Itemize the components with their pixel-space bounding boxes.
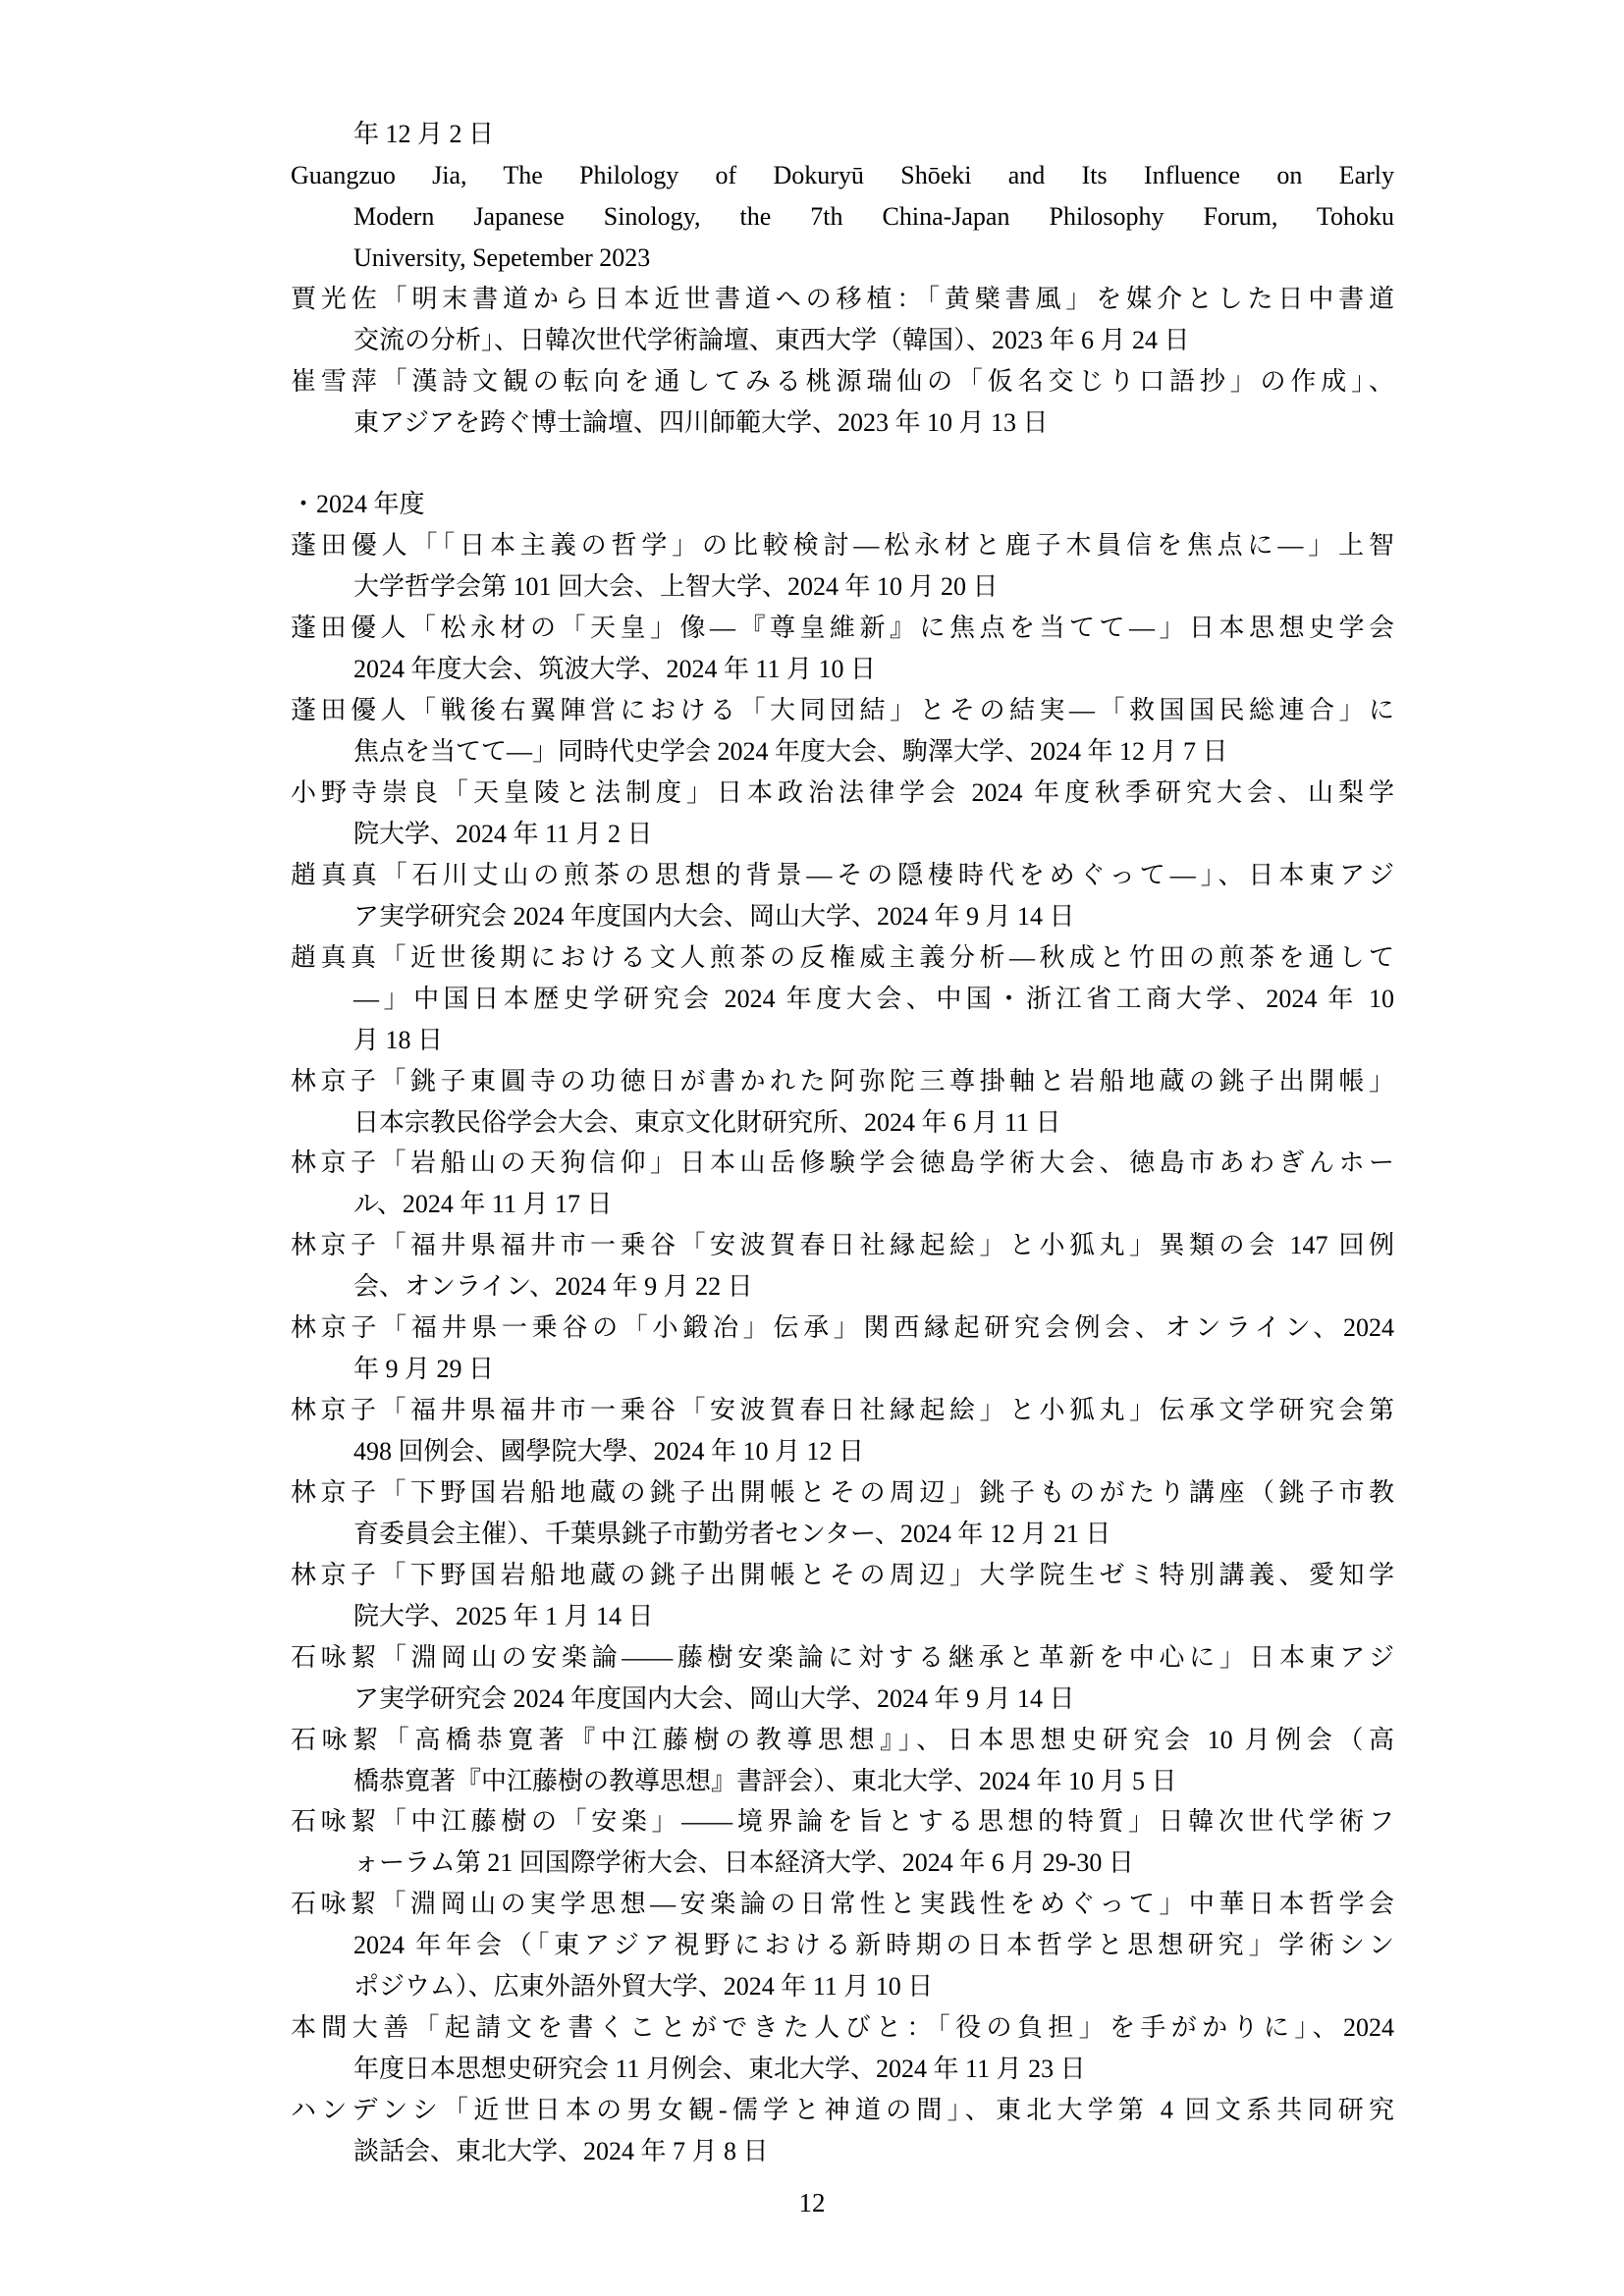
entry-line: 石咏絜「高橋恭寛著『中江藤樹の教導思想』」、日本思想史研究会 10 月例会（高 xyxy=(291,1720,1394,1761)
entry-line: 蓬田優人「松永材の「天皇」像―『尊皇維新』に焦点を当てて―」日本思想史学会 xyxy=(291,608,1394,649)
entry-line: ハンデンシ「近世日本の男女観-儒学と神道の間」、東北大学第 4 回文系共同研究 xyxy=(291,2090,1394,2131)
bibliography-entry: 林京子「銚子東圓寺の功徳日が書かれた阿弥陀三尊掛軸と岩船地蔵の銚子出開帳」 日本… xyxy=(291,1061,1394,1144)
entry-line: 談話会、東北大学、2024 年 7 月 8 日 xyxy=(291,2131,1394,2172)
bibliography-entry: 賈光佐「明末書道から日本近世書道への移植：「黄檗書風」を媒介とした日中書道 交流… xyxy=(291,279,1394,361)
entry-line: 2024 年度大会、筑波大学、2024 年 11 月 10 日 xyxy=(291,649,1394,690)
bibliography-entry: 林京子「下野国岩船地蔵の銚子出開帳とその周辺」銚子ものがたり講座（銚子市教 育委… xyxy=(291,1472,1394,1555)
entry-line: 小野寺崇良「天皇陵と法制度」日本政治法律学会 2024 年度秋季研究大会、山梨学 xyxy=(291,773,1394,814)
entry-line: 林京子「下野国岩船地蔵の銚子出開帳とその周辺」銚子ものがたり講座（銚子市教 xyxy=(291,1472,1394,1514)
entry-line: University, Sepetember 2023 xyxy=(291,238,1394,279)
entry-line: 蓬田優人「戦後右翼陣営における「大同団結」とその結実―「救国国民総連合」に xyxy=(291,690,1394,731)
entry-line: 会、オンライン、2024 年 9 月 22 日 xyxy=(291,1266,1394,1308)
entry-line: 年度日本思想史研究会 11 月例会、東北大学、2024 年 11 月 23 日 xyxy=(291,2049,1394,2090)
bibliography-entry: 蓬田優人「「日本主義の哲学」の比較検討―松永材と鹿子木員信を焦点に―」上智 大学… xyxy=(291,525,1394,608)
entry-line: 林京子「福井県一乗谷の「小鍛冶」伝承」関西縁起研究会例会、オンライン、2024 xyxy=(291,1308,1394,1349)
entry-line: ア実学研究会 2024 年度国内大会、岡山大学、2024 年 9 月 14 日 xyxy=(291,1679,1394,1720)
entry-line: ル、2024 年 11 月 17 日 xyxy=(291,1184,1394,1225)
entry-line: 崔雪萍「漢詩文観の転向を通してみる桃源瑞仙の「仮名交じり口語抄」の作成」、 xyxy=(291,361,1394,402)
entry-line: 焦点を当てて―」同時代史学会 2024 年度大会、駒澤大学、2024 年 12 … xyxy=(291,731,1394,773)
entry-line: 林京子「岩船山の天狗信仰」日本山岳修験学会徳島学術大会、徳島市あわぎんホー xyxy=(291,1143,1394,1184)
entry-line: 育委員会主催）、千葉県銚子市勤労者センター、2024 年 12 月 21 日 xyxy=(291,1514,1394,1555)
bibliography-entry: 林京子「福井県一乗谷の「小鍛冶」伝承」関西縁起研究会例会、オンライン、2024 … xyxy=(291,1308,1394,1390)
bibliography-entry: 趙真真「石川丈山の煎茶の思想的背景―その隠棲時代をめぐって―」、日本東アジ ア実… xyxy=(291,855,1394,937)
bibliography-entry: 石咏絜「淵岡山の実学思想―安楽論の日常性と実践性をめぐって」中華日本哲学会 20… xyxy=(291,1884,1394,2007)
entry-line: 林京子「福井県福井市一乗谷「安波賀春日社縁起絵」と小狐丸」伝承文学研究会第 xyxy=(291,1390,1394,1431)
entry-line: 月 18 日 xyxy=(291,1020,1394,1061)
entry-line: 蓬田優人「「日本主義の哲学」の比較検討―松永材と鹿子木員信を焦点に―」上智 xyxy=(291,525,1394,566)
bibliography-entry: 蓬田優人「戦後右翼陣営における「大同団結」とその結実―「救国国民総連合」に 焦点… xyxy=(291,690,1394,773)
bibliography-entry: Guangzuo Jia, The Philology of Dokuryū S… xyxy=(291,155,1394,279)
bibliography-entry: 蓬田優人「松永材の「天皇」像―『尊皇維新』に焦点を当てて―」日本思想史学会 20… xyxy=(291,608,1394,690)
entry-line: 趙真真「近世後期における文人煎茶の反権威主義分析―秋成と竹田の煎茶を通して xyxy=(291,937,1394,979)
page-number: 12 xyxy=(0,2185,1624,2220)
entry-line: 林京子「銚子東圓寺の功徳日が書かれた阿弥陀三尊掛軸と岩船地蔵の銚子出開帳」 xyxy=(291,1061,1394,1102)
entry-line: 年 9 月 29 日 xyxy=(291,1349,1394,1390)
document-body: 年 12 月 2 日 Guangzuo Jia, The Philology o… xyxy=(291,114,1394,2172)
entry-line: 2024 年年会（「東アジア視野における新時期の日本哲学と思想研究」学術シン xyxy=(291,1925,1394,1966)
entry-line: 林京子「下野国岩船地蔵の銚子出開帳とその周辺」大学院生ゼミ特別講義、愛知学 xyxy=(291,1555,1394,1596)
entry-line: 石咏絜「淵岡山の安楽論――藤樹安楽論に対する継承と革新を中心に」日本東アジ xyxy=(291,1637,1394,1679)
entry-line: 賈光佐「明末書道から日本近世書道への移植：「黄檗書風」を媒介とした日中書道 xyxy=(291,279,1394,320)
entry-line: 院大学、2025 年 1 月 14 日 xyxy=(291,1596,1394,1637)
bibliography-entry: ハンデンシ「近世日本の男女観-儒学と神道の間」、東北大学第 4 回文系共同研究 … xyxy=(291,2090,1394,2172)
entry-line: 本間大善「起請文を書くことができた人びと：「役の負担」を手がかりに」、2024 xyxy=(291,2007,1394,2049)
bibliography-entry: 石咏絜「中江藤樹の「安楽」――境界論を旨とする思想的特質」日韓次世代学術フ ォー… xyxy=(291,1801,1394,1884)
entry-line: 石咏絜「中江藤樹の「安楽」――境界論を旨とする思想的特質」日韓次世代学術フ xyxy=(291,1801,1394,1842)
entry-line: 日本宗教民俗学会大会、東京文化財研究所、2024 年 6 月 11 日 xyxy=(291,1102,1394,1144)
entry-line: 橋恭寛著『中江藤樹の教導思想』書評会）、東北大学、2024 年 10 月 5 日 xyxy=(291,1761,1394,1802)
entry-line: ―」中国日本歴史学研究会 2024 年度大会、中国・浙江省工商大学、2024 年… xyxy=(291,979,1394,1020)
bibliography-entry: 趙真真「近世後期における文人煎茶の反権威主義分析―秋成と竹田の煎茶を通して ―」… xyxy=(291,937,1394,1061)
entry-line: ォーラム第 21 回国際学術大会、日本経済大学、2024 年 6 月 29-30… xyxy=(291,1842,1394,1884)
bibliography-entry: 石咏絜「高橋恭寛著『中江藤樹の教導思想』」、日本思想史研究会 10 月例会（高 … xyxy=(291,1720,1394,1802)
bibliography-entry: 林京子「岩船山の天狗信仰」日本山岳修験学会徳島学術大会、徳島市あわぎんホー ル、… xyxy=(291,1143,1394,1225)
entry-line: ポジウム）、広東外語外貿大学、2024 年 11 月 10 日 xyxy=(291,1966,1394,2007)
entry-line: 大学哲学会第 101 回大会、上智大学、2024 年 10 月 20 日 xyxy=(291,566,1394,608)
bibliography-entry: 石咏絜「淵岡山の安楽論――藤樹安楽論に対する継承と革新を中心に」日本東アジ ア実… xyxy=(291,1637,1394,1720)
carryover-line: 年 12 月 2 日 xyxy=(291,114,1394,155)
entry-line: 林京子「福井県福井市一乗谷「安波賀春日社縁起絵」と小狐丸」異類の会 147 回例 xyxy=(291,1225,1394,1266)
section-heading-2024: ・2024 年度 xyxy=(291,484,1394,525)
entry-line: ア実学研究会 2024 年度国内大会、岡山大学、2024 年 9 月 14 日 xyxy=(291,896,1394,937)
bibliography-entry: 崔雪萍「漢詩文観の転向を通してみる桃源瑞仙の「仮名交じり口語抄」の作成」、 東ア… xyxy=(291,361,1394,444)
entry-line: Modern Japanese Sinology, the 7th China-… xyxy=(291,196,1394,238)
blank-line xyxy=(291,444,1394,485)
bibliography-entry: 林京子「福井県福井市一乗谷「安波賀春日社縁起絵」と小狐丸」伝承文学研究会第 49… xyxy=(291,1390,1394,1472)
bibliography-entry: 林京子「下野国岩船地蔵の銚子出開帳とその周辺」大学院生ゼミ特別講義、愛知学 院大… xyxy=(291,1555,1394,1637)
entry-line: 交流の分析」、日韓次世代学術論壇、東西大学（韓国）、2023 年 6 月 24 … xyxy=(291,320,1394,361)
bibliography-entry: 小野寺崇良「天皇陵と法制度」日本政治法律学会 2024 年度秋季研究大会、山梨学… xyxy=(291,773,1394,855)
entry-line: 東アジアを跨ぐ博士論壇、四川師範大学、2023 年 10 月 13 日 xyxy=(291,402,1394,444)
entry-line: 498 回例会、國學院大學、2024 年 10 月 12 日 xyxy=(291,1431,1394,1472)
bibliography-entry: 本間大善「起請文を書くことができた人びと：「役の負担」を手がかりに」、2024 … xyxy=(291,2007,1394,2090)
entry-line: 院大学、2024 年 11 月 2 日 xyxy=(291,814,1394,855)
bibliography-entry: 林京子「福井県福井市一乗谷「安波賀春日社縁起絵」と小狐丸」異類の会 147 回例… xyxy=(291,1225,1394,1308)
entry-line: Guangzuo Jia, The Philology of Dokuryū S… xyxy=(291,155,1394,196)
entry-line: 趙真真「石川丈山の煎茶の思想的背景―その隠棲時代をめぐって―」、日本東アジ xyxy=(291,855,1394,896)
entry-line: 石咏絜「淵岡山の実学思想―安楽論の日常性と実践性をめぐって」中華日本哲学会 xyxy=(291,1884,1394,1925)
